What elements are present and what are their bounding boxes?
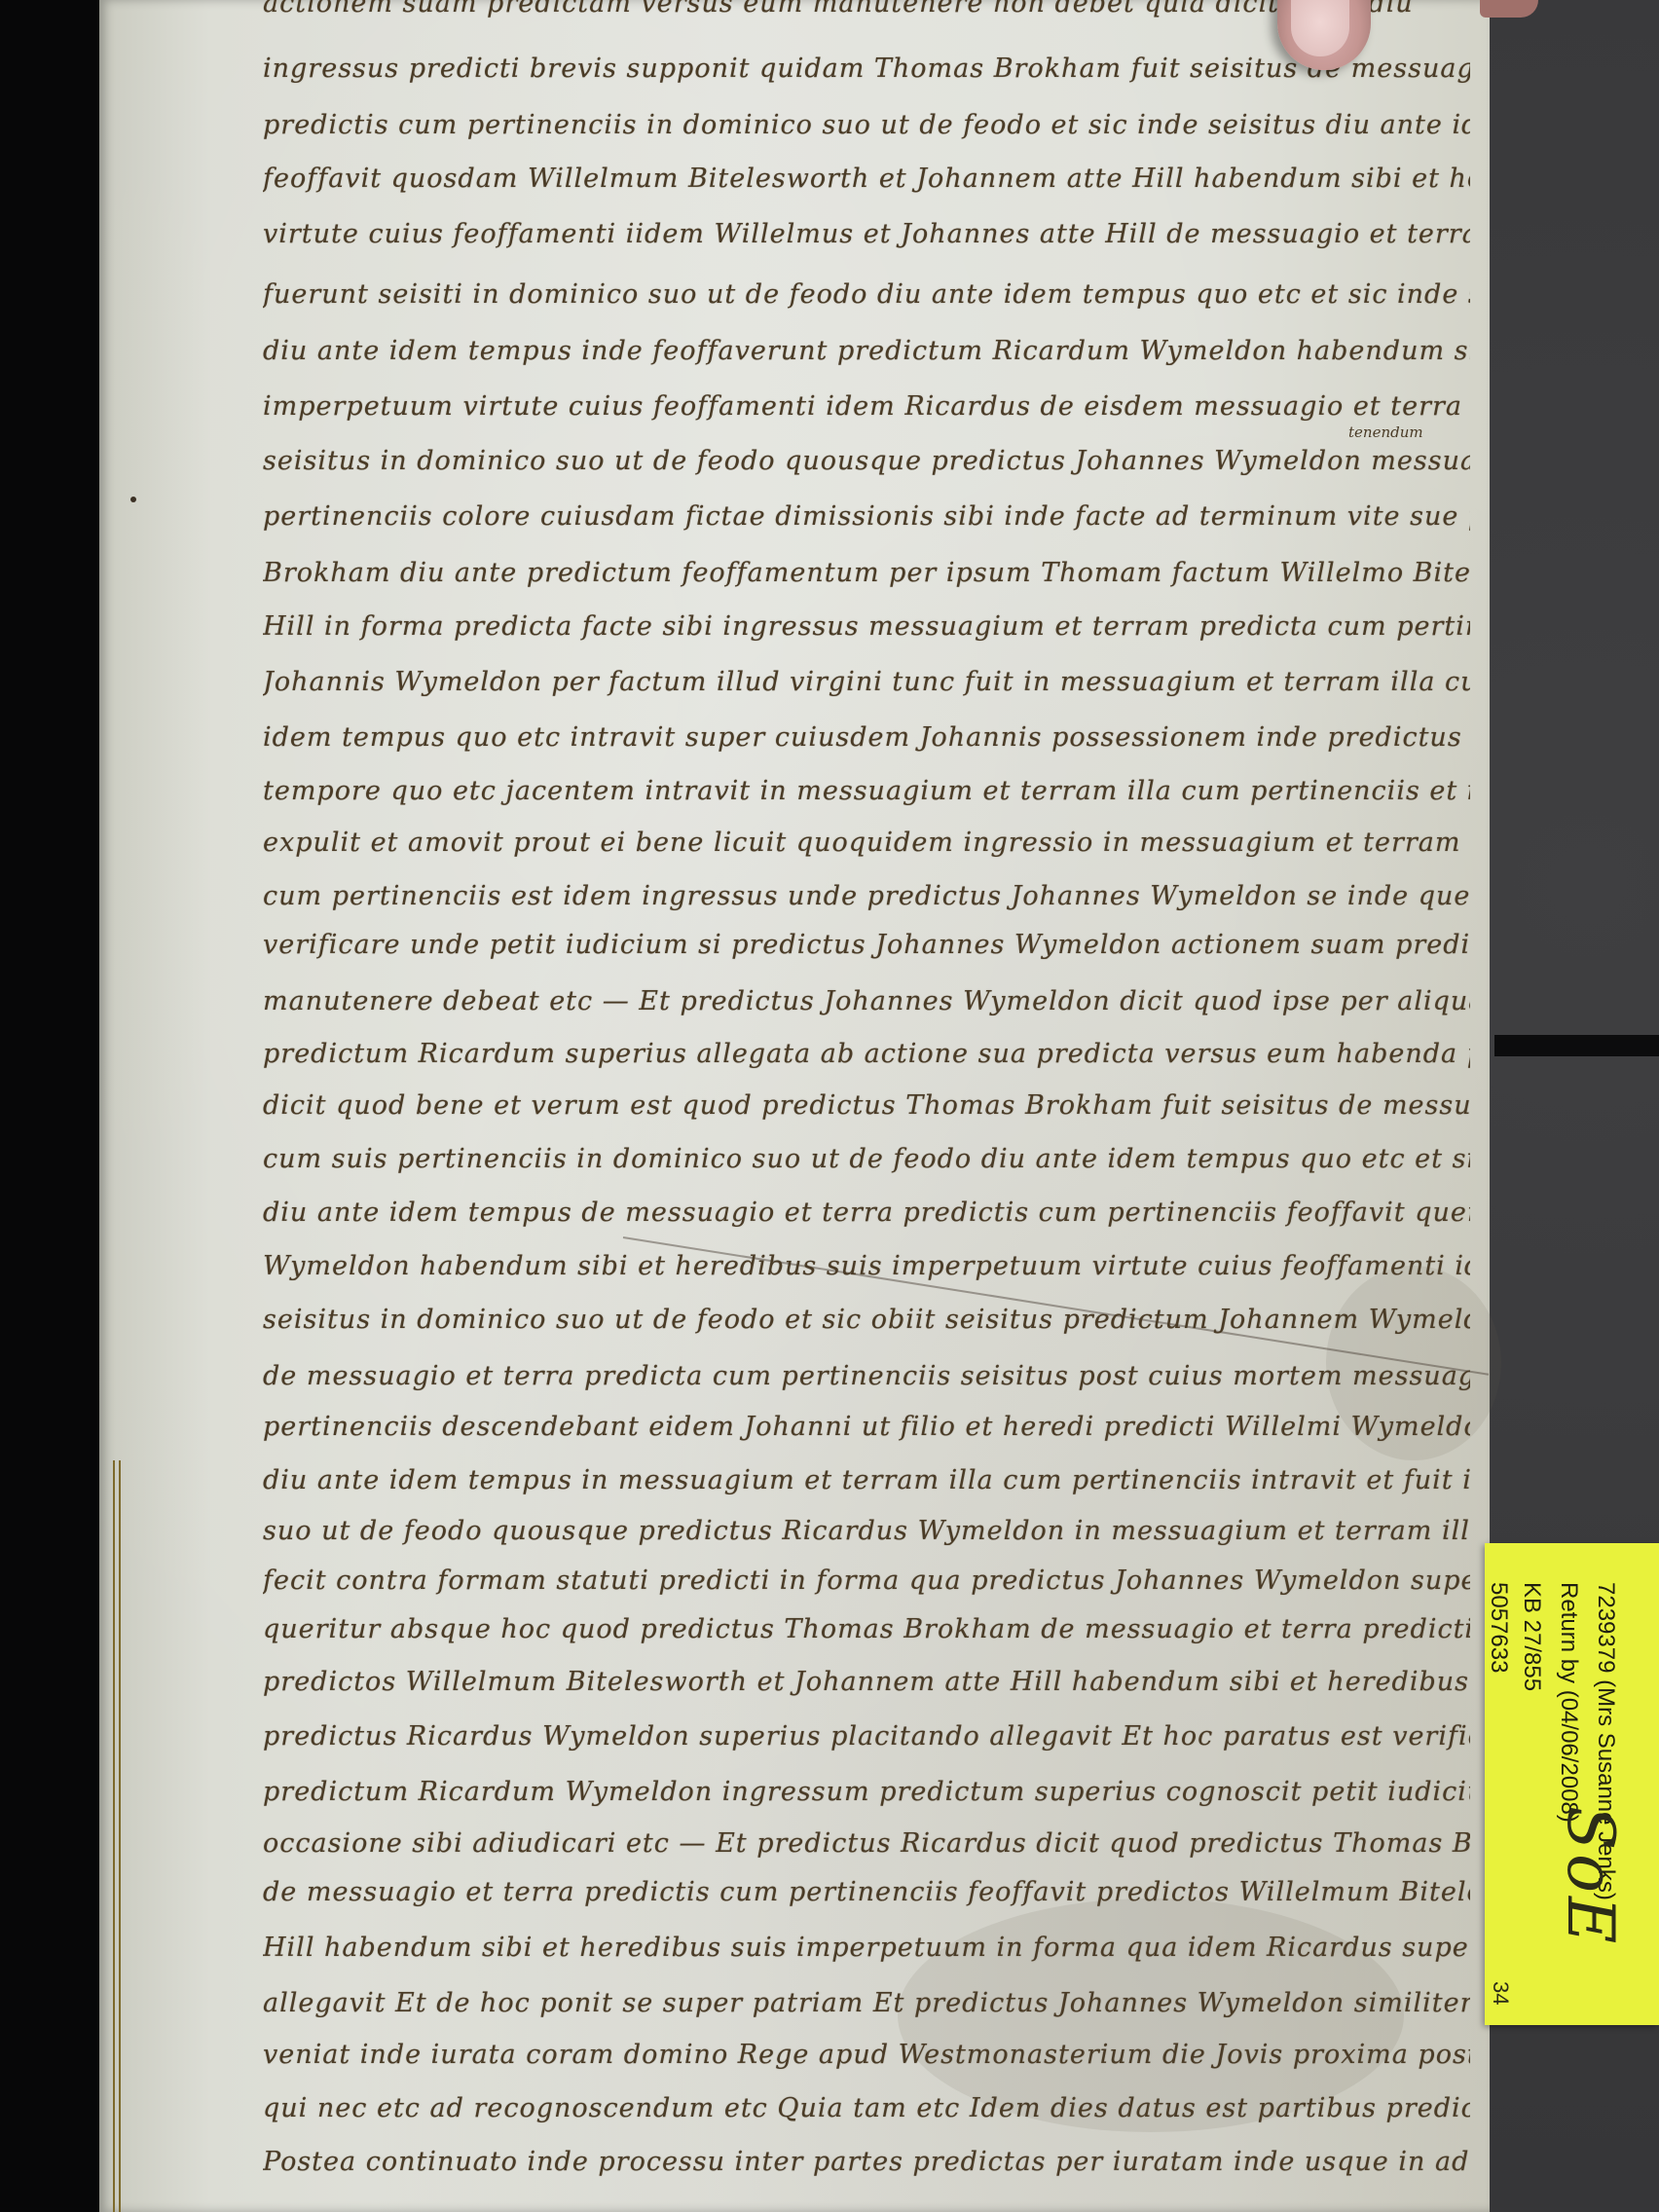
manuscript-line: cum suis pertinenciis in dominico suo ut…	[263, 1144, 1470, 1183]
manuscript-line: seisitus in dominico suo ut de feodo quo…	[263, 446, 1470, 485]
manuscript-line: imperpetuum virtute cuius feoffamenti id…	[263, 391, 1470, 430]
manuscript-line: predictis cum pertinenciis in dominico s…	[263, 110, 1470, 149]
backdrop-seam	[1494, 1035, 1659, 1056]
manuscript-line: idem tempus quo etc intravit super cuius…	[263, 722, 1470, 761]
manuscript-line: predictos Willelmum Bitelesworth et Joha…	[263, 1667, 1470, 1706]
manuscript-line: ingressus predicti brevis supponit quida…	[263, 54, 1470, 92]
manuscript-line: manutenere debeat etc — Et predictus Joh…	[263, 986, 1470, 1025]
manuscript-line: pertinenciis colore cuiusdam fictae dimi…	[263, 501, 1470, 540]
manuscript-line: cum pertinenciis est idem ingressus unde…	[263, 881, 1470, 920]
manuscript-line: diu ante idem tempus inde feoffaverunt p…	[263, 336, 1470, 375]
manuscript-line: diu ante idem tempus in messuagium et te…	[263, 1465, 1470, 1504]
label-page-number: 34	[1488, 1981, 1513, 2005]
manuscript-line: allegavit Et de hoc ponit se super patri…	[263, 1988, 1470, 2027]
manuscript-line: expulit et amovit prout ei bene licuit q…	[263, 828, 1470, 866]
manuscript-line: Hill habendum sibi et heredibus suis imp…	[263, 1933, 1470, 1972]
manuscript-line: verificare unde petit iudicium si predic…	[263, 930, 1470, 969]
label-handwritten-initials: SoE	[1553, 1806, 1628, 1947]
membrane-edge-line	[119, 1460, 121, 2212]
manuscript-line: virtute cuius feoffamenti iidem Willelmu…	[263, 219, 1470, 258]
manuscript-line: veniat inde iurata coram domino Rege apu…	[263, 2040, 1470, 2079]
manuscript-line: diu ante idem tempus de messuagio et ter…	[263, 1198, 1470, 1236]
interlinear-insertion: tenendum	[1348, 424, 1423, 441]
label-document-reference: KB 27/855	[1519, 1582, 1544, 1691]
manuscript-line: occasione sibi adiudicari etc — Et predi…	[263, 1828, 1470, 1867]
manuscript-line: dicit quod bene et verum est quod predic…	[263, 1090, 1470, 1129]
manuscript-line: Wymeldon habendum sibi et heredibus suis…	[263, 1251, 1470, 1290]
manuscript-line: Johannis Wymeldon per factum illud virgi…	[263, 667, 1470, 706]
manuscript-line: pertinenciis descendebant eidem Johanni …	[263, 1412, 1470, 1451]
label-return-date: Return by (04/06/2008)	[1556, 1582, 1581, 1823]
thumbnail-nail	[1291, 0, 1349, 56]
manuscript-line: suo ut de feodo quousque predictus Ricar…	[263, 1516, 1470, 1555]
manuscript-line: predictum Ricardum superius allegata ab …	[263, 1039, 1470, 1078]
manuscript-line: de messuagio et terra predictis cum pert…	[263, 1877, 1470, 1916]
manuscript-line: tempore quo etc jacentem intravit in mes…	[263, 776, 1470, 815]
membrane-edge-line	[113, 1460, 115, 2212]
manuscript-line: Postea continuato inde processu inter pa…	[263, 2147, 1470, 2186]
manuscript-line: predictus Ricardus Wymeldon superius pla…	[263, 1721, 1470, 1760]
manuscript-line: queritur absque hoc quod predictus Thoma…	[263, 1614, 1470, 1653]
label-text-rotated: 5057633 KB 27/855 Return by (04/06/2008)…	[1485, 1543, 1659, 2025]
finger-tip	[1480, 0, 1538, 18]
manuscript-line: Brokham diu ante predictum feoffamentum …	[263, 558, 1470, 597]
manuscript-line: seisitus in dominico suo ut de feodo et …	[263, 1305, 1470, 1344]
manuscript-line: predictum Ricardum Wymeldon ingressum pr…	[263, 1777, 1470, 1816]
manuscript-line: Hill in forma predicta facte sibi ingres…	[263, 611, 1470, 650]
manuscript-line: fuerunt seisiti in dominico suo ut de fe…	[263, 279, 1470, 318]
manuscript-line: de messuagio et terra predicta cum perti…	[263, 1361, 1470, 1400]
archive-return-label: 5057633 KB 27/855 Return by (04/06/2008)…	[1485, 1543, 1659, 2025]
manuscript-line: feoffavit quosdam Willelmum Bitelesworth…	[263, 164, 1470, 203]
manuscript-line: fecit contra formam statuti predicti in …	[263, 1566, 1470, 1604]
black-backdrop-left	[0, 0, 101, 2212]
manuscript-line: qui nec etc ad recognoscendum etc Quia t…	[263, 2093, 1470, 2132]
margin-dot	[130, 497, 136, 502]
label-reference-number: 5057633	[1486, 1582, 1511, 1673]
